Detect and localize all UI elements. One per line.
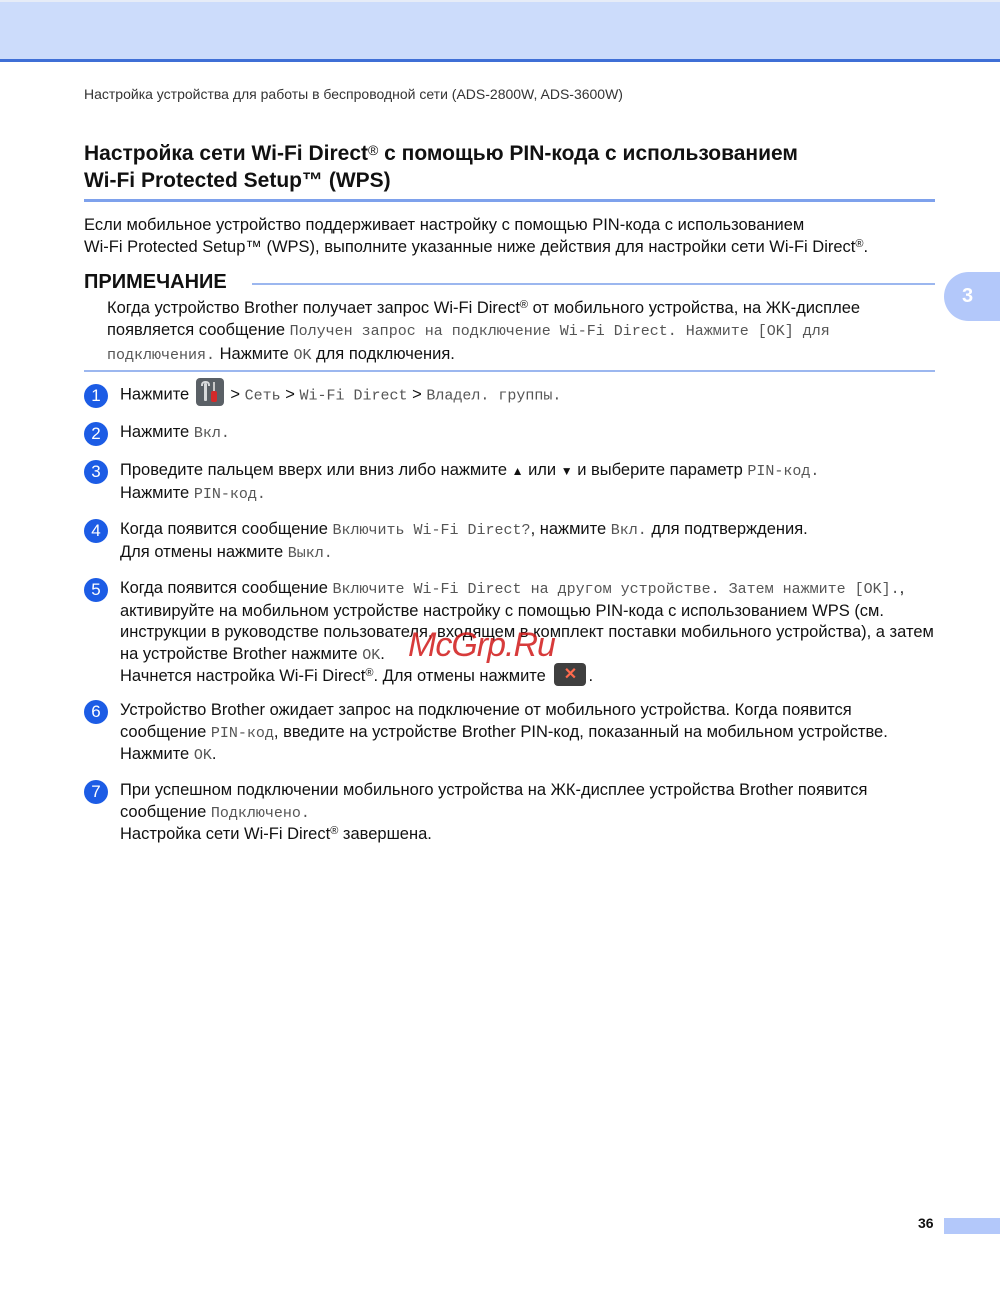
page-number-bar <box>944 1218 1000 1234</box>
running-head: Настройка устройства для работы в беспро… <box>84 86 623 102</box>
down-arrow-icon: ▼ <box>561 464 573 478</box>
chapter-tab: 3 <box>944 272 1000 321</box>
ok-key: OK <box>293 347 311 364</box>
title-underline <box>84 199 935 202</box>
intro-paragraph: Если мобильное устройство поддерживает н… <box>84 214 954 258</box>
watermark: McGrp.Ru <box>408 626 555 665</box>
step-number-badge: 6 <box>84 700 108 724</box>
header-band <box>0 0 1000 59</box>
header-rule <box>0 59 1000 62</box>
step-number-badge: 7 <box>84 780 108 804</box>
step-number-badge: 2 <box>84 422 108 446</box>
step-text: Нажмите Вкл. <box>120 422 935 445</box>
page-number: 36 <box>918 1215 934 1231</box>
section-title: Настройка сети Wi-Fi Direct® с помощью P… <box>84 140 944 194</box>
note-rule-bottom <box>84 370 935 372</box>
step-text: Проведите пальцем вверх или вниз либо на… <box>120 460 935 505</box>
up-arrow-icon: ▲ <box>512 464 524 478</box>
note-body: Когда устройство Brother получает запрос… <box>107 297 937 367</box>
step-number-badge: 1 <box>84 384 108 408</box>
step-number-badge: 4 <box>84 519 108 543</box>
settings-tools-icon <box>196 378 224 406</box>
step-text: Устройство Brother ожидает запрос на под… <box>120 700 935 767</box>
note-heading: ПРИМЕЧАНИЕ <box>84 271 227 294</box>
step-number-badge: 3 <box>84 460 108 484</box>
note-rule-top <box>252 283 935 285</box>
step-text: Когда появится сообщение Включить Wi-Fi … <box>120 519 935 564</box>
cancel-x-icon: ✕ <box>554 663 586 686</box>
step-number-badge: 5 <box>84 578 108 602</box>
step-text: Нажмите > Сеть > Wi-Fi Direct > Владел. … <box>120 384 935 407</box>
step-text: При успешном подключении мобильного устр… <box>120 780 935 846</box>
